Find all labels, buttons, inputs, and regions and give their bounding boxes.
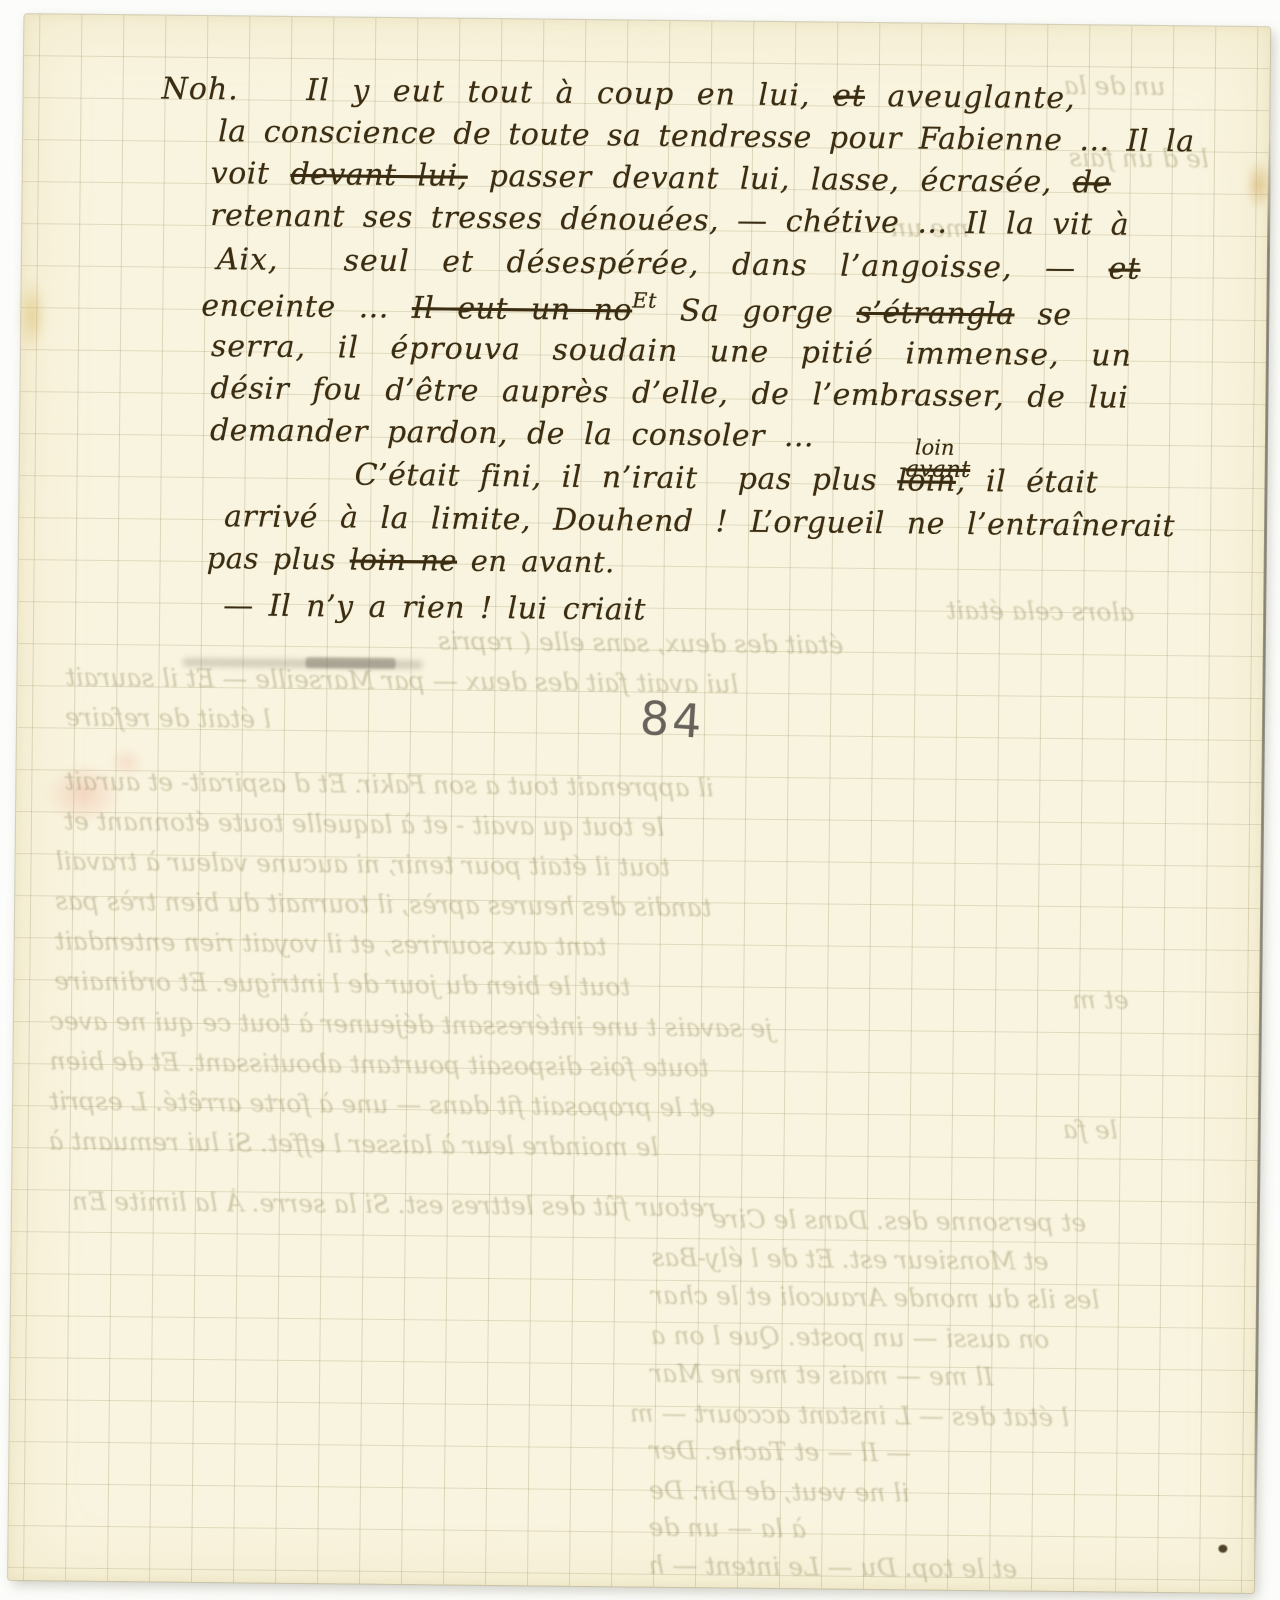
handwritten-text: C’était fini, il n’irait pas plus <box>354 458 897 499</box>
bleedthrough-line: un de la <box>1064 71 1166 101</box>
yellow-stain-left-edge <box>17 276 48 354</box>
handwriting-layer: Noh. Il y eut tout à coup en lui, et ave… <box>24 14 1270 27</box>
manuscript-line: voit devant lui, passer devant lui, lass… <box>211 156 1111 200</box>
bleedthrough-line: tant aux sourires, et il voyait rien ent… <box>55 926 607 961</box>
bleedthrough-line: lui avait fait des deux — par Marseille … <box>65 663 738 699</box>
manuscript-line: arrivé à la limite, Douhend ! L’orgueil … <box>224 499 1175 544</box>
struck-word: s’étrangla <box>856 295 1014 332</box>
manuscript-line: — Il n’y a rien ! lui criait <box>223 588 646 627</box>
manuscript-line: serra, il éprouva soudain une pitié imme… <box>211 329 1132 374</box>
bleedthrough-line: et le proposait fit dans — une à forte a… <box>49 1086 715 1122</box>
bleedthrough-line: à la — un de <box>648 1513 806 1544</box>
struck-word: de <box>1073 165 1111 200</box>
handwritten-text: pas plus <box>207 541 350 576</box>
bleedthrough-line: l était de refaire <box>65 703 271 734</box>
paper-edge-shadow <box>1253 137 1271 1567</box>
manuscript-line: Noh. Il y eut tout à coup en lui, et ave… <box>161 72 1075 117</box>
handwritten-text: serra, il éprouva soudain une pitié imme… <box>211 329 1132 374</box>
handwritten-text: enceinte ... <box>201 289 412 326</box>
inserted-word: Et <box>632 288 657 312</box>
manuscript-line: la conscience de toute sa tendresse pour… <box>218 114 1195 159</box>
handwritten-text: retenant ses tresses dénouées, — chétive… <box>210 198 1129 243</box>
handwritten-text: arrivé à la limite, Douhend ! L’orgueil … <box>224 499 1175 544</box>
bleedthrough-layer: un de lale d un faisme unalors cela étai… <box>24 14 1270 27</box>
manuscript-line: retenant ses tresses dénouées, — chétive… <box>210 198 1129 243</box>
manuscript-line: C’était fini, il n’irait pas plus loin, … <box>354 458 1098 501</box>
bleedthrough-line: et m <box>1072 985 1129 1015</box>
page-number: 84 <box>638 691 706 749</box>
manuscript-line: pas plus loin ne en avant. <box>207 541 615 579</box>
bleedthrough-line: et le top. Du — Le intent — h <box>648 1551 1017 1584</box>
handwritten-text: Sa gorge <box>657 293 857 330</box>
manuscript-line: Aix, seul et désespérée, dans l’angoisse… <box>217 242 1141 287</box>
bleedthrough-line: Il me — mais et me ne Mar <box>650 1359 993 1392</box>
bleedthrough-line: tandis des heures après, il tournait du … <box>55 886 712 922</box>
manuscript-line: enceinte ... Il eut un noEt Sa gorge s’é… <box>201 284 1072 333</box>
ink-blot <box>1218 1545 1227 1553</box>
struck-word: et <box>1108 251 1140 286</box>
handwritten-text: Aix, seul et désespérée, dans l’angoisse… <box>217 242 1109 286</box>
handwritten-text: la conscience de toute sa tendresse pour… <box>218 114 1195 159</box>
handwritten-text: en avant. <box>457 544 615 580</box>
bleedthrough-line: tout il était pour tenir, ni aucune vale… <box>55 846 670 881</box>
handwritten-text <box>239 72 307 108</box>
scan-background: un de lale d un faisme unalors cela étai… <box>0 0 1280 1600</box>
bleedthrough-line: le fa <box>1063 1115 1118 1145</box>
bleedthrough-line: on aussi — un poste. Que l on a <box>650 1321 1049 1354</box>
bleedthrough-line: tout le bien du jour de l intrigue. Et o… <box>54 966 630 1001</box>
bleedthrough-line: je savais t une intéressant déjeuner à t… <box>50 1006 773 1043</box>
struck-word: Il eut un no <box>412 291 633 328</box>
bleedthrough-line: toute fois disposait pourtant aboutissan… <box>49 1046 709 1082</box>
manuscript-line: demander pardon, de la consoler ... <box>210 413 814 454</box>
bleedthrough-line: et personne des. Dans le Cire <box>712 1204 1087 1237</box>
handwritten-text: désir fou d’être auprès d’elle, de l’emb… <box>210 371 1128 416</box>
bleedthrough-line: était des deux, sans elle ( repris <box>438 626 844 659</box>
manuscript-line: désir fou d’être auprès d’elle, de l’emb… <box>210 371 1128 416</box>
handwritten-text: Noh. <box>161 72 239 108</box>
bleedthrough-line: le moindre leur à laisser l effet. Si lu… <box>48 1126 658 1161</box>
bleedthrough-line: il apprenait tout a son Fakir. Et d aspi… <box>64 767 714 803</box>
bleedthrough-line: alors cela était <box>946 596 1134 627</box>
handwritten-text: , il était <box>956 464 1099 500</box>
struck-word: et <box>833 79 865 114</box>
bleedthrough-line: les ils du monde Araucoli et le char <box>651 1281 1100 1315</box>
handwritten-text: Il y eut tout à coup en lui, <box>306 73 833 114</box>
manuscript-page: un de lale d un faisme unalors cela étai… <box>8 14 1270 1593</box>
bleedthrough-line: — Il — et Tache. Der <box>649 1436 911 1468</box>
bleedthrough-line: et Monsieur est. Et de l ély-Bas <box>651 1243 1048 1276</box>
handwritten-text: aveuglante, <box>865 79 1076 116</box>
handwritten-text: — Il n’y a rien ! lui criait <box>223 588 646 627</box>
struck-word: loin ne <box>350 543 458 578</box>
bleedthrough-line: il ne veut, de Dir. De <box>649 1476 910 1508</box>
interline-insertion: avant <box>906 456 971 483</box>
struck-word: devant lui, <box>290 157 468 194</box>
bleedthrough-line: retour fût des lettres est. Si la serre.… <box>72 1187 717 1223</box>
handwritten-text: voit <box>211 156 291 192</box>
bleedthrough-line: le tout qu avait - et à laquelle toute é… <box>64 807 665 842</box>
handwritten-text: passer devant lui, lasse, écrasée, <box>468 159 1074 200</box>
handwritten-text: se <box>1014 297 1072 333</box>
handwritten-text: demander pardon, de la consoler ... <box>210 413 814 454</box>
bleedthrough-line: l état des — L instant accourt — m <box>630 1399 1070 1433</box>
